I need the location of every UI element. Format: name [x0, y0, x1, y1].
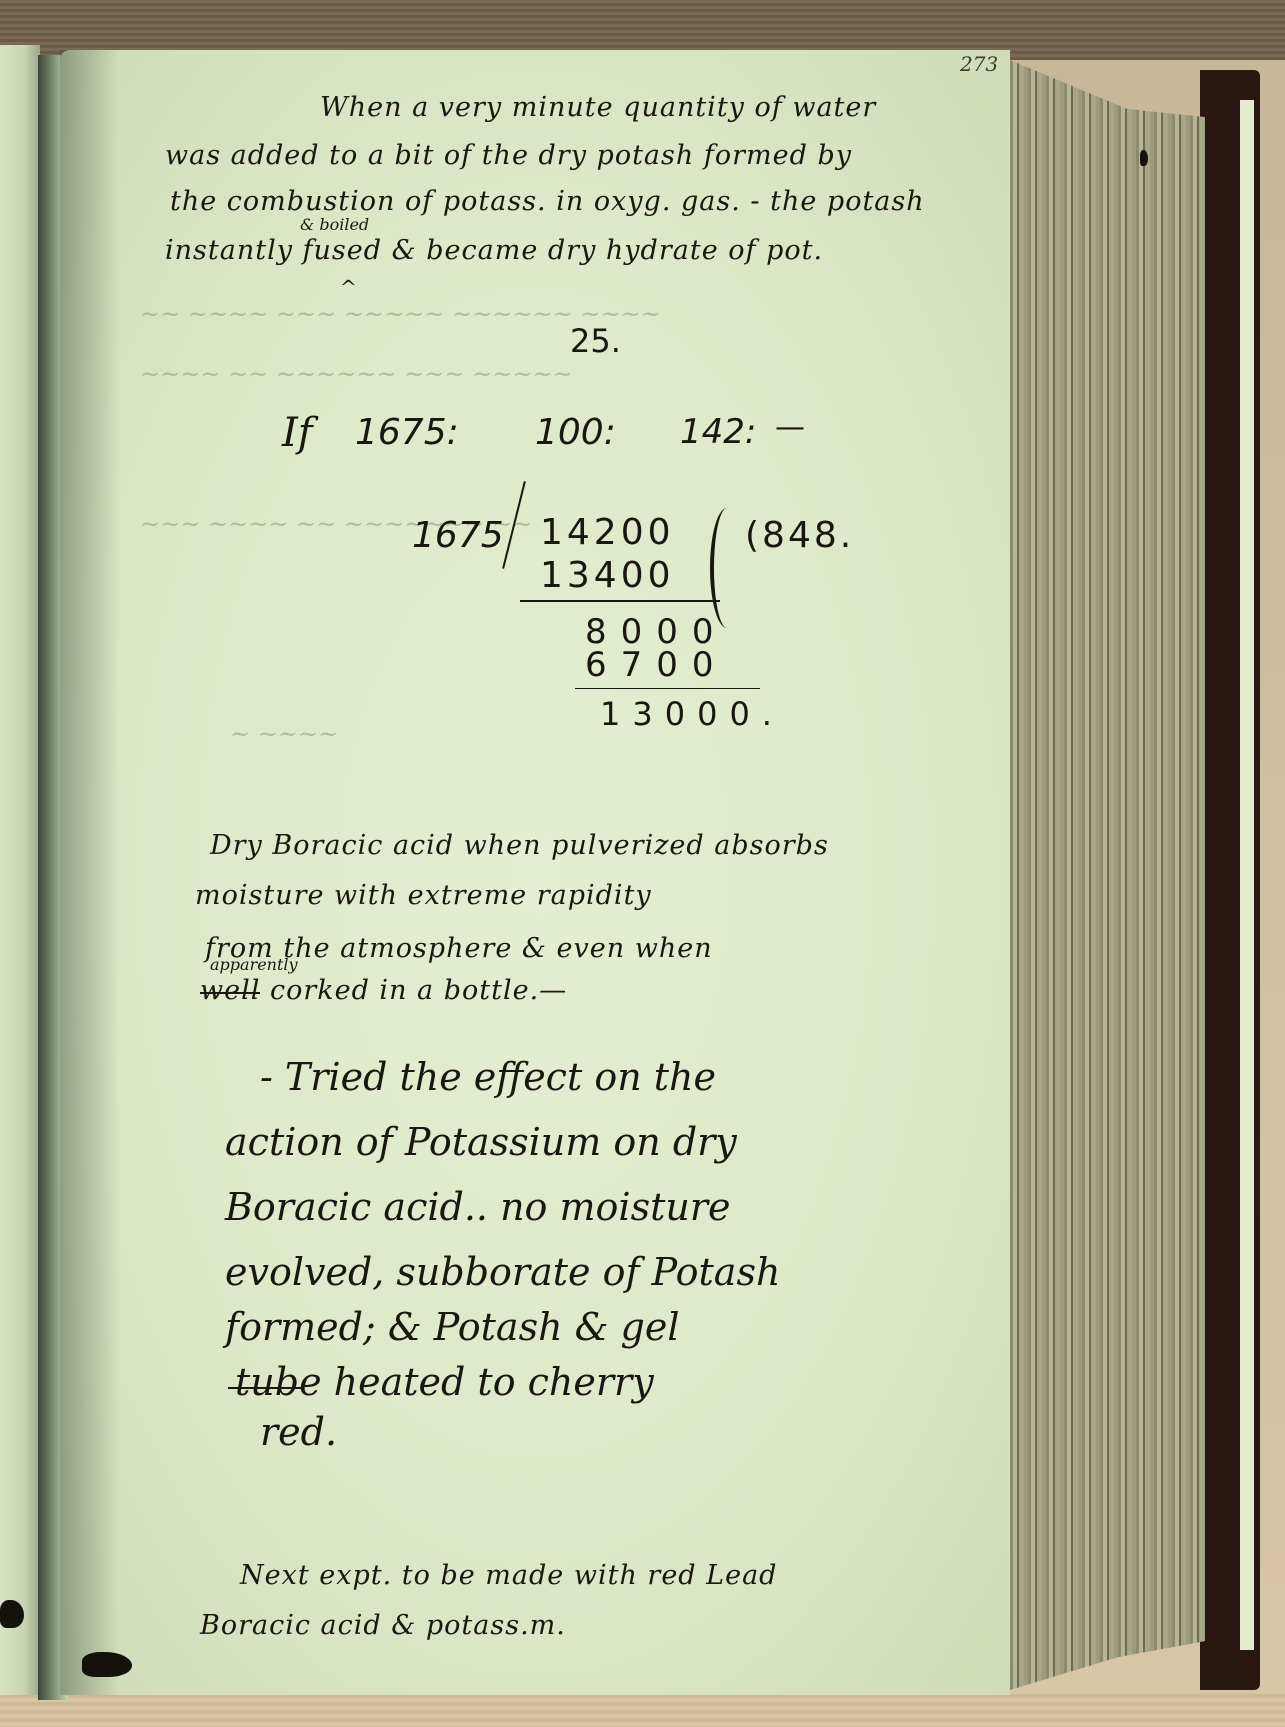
proportion-term: 142: — [680, 412, 756, 452]
proportion-term: 100: — [535, 412, 616, 453]
text-line: Next expt. to be made with red Lead — [240, 1560, 777, 1591]
page-shadow — [60, 50, 120, 1695]
ink-spot — [1140, 150, 1148, 166]
text-line: instantly fused & became dry hydrate of … — [165, 235, 823, 266]
dividend: 14200 — [540, 512, 675, 553]
text-line: Boracic acid.. no moisture — [225, 1185, 730, 1229]
text-line: the combustion of potass. in oxyg. gas. … — [170, 186, 925, 217]
text-line: When a very minute quantity of water — [320, 92, 876, 123]
strike-through — [200, 992, 260, 994]
text-line: - Tried the effect on the — [260, 1055, 716, 1099]
ink-blot — [0, 1600, 24, 1628]
calc-label: 25. — [570, 322, 621, 360]
table-surface-bottom — [0, 1690, 1285, 1727]
quotient: (848. — [745, 515, 854, 556]
divisor: 1675 — [412, 515, 504, 556]
text-line: formed; & Potash & gel — [225, 1305, 680, 1349]
show-through-text: ~ ~~~~ — [230, 720, 338, 748]
page-damage — [82, 1652, 132, 1677]
text-line: moisture with extreme rapidity — [195, 880, 652, 911]
division-step: 6700 — [585, 645, 728, 685]
insertion-text: & boiled — [300, 215, 369, 234]
insertion-text: apparently — [210, 955, 298, 974]
proportion-prefix: If — [282, 410, 313, 456]
text-line: well corked in a bottle.— — [200, 975, 567, 1006]
text-line: Boracic acid & potass.m. — [200, 1610, 566, 1641]
division-result: 13000. — [600, 695, 784, 733]
strike-through — [228, 1387, 303, 1389]
insertion-caret: ^ — [340, 275, 357, 299]
left-page-edge — [0, 45, 40, 1695]
text-line: evolved, subborate of Potash — [225, 1250, 780, 1294]
book-fore-edge — [1010, 60, 1205, 1690]
proportion-dash: — — [775, 410, 805, 445]
text-line: tube heated to cherry — [235, 1360, 654, 1404]
page-number: 273 — [960, 52, 998, 76]
text-line: was added to a bit of the dry potash for… — [165, 140, 852, 171]
text-line: action of Potassium on dry — [225, 1120, 737, 1164]
text-line: Dry Boracic acid when pulverized absorbs — [210, 830, 829, 861]
proportion-term: 1675: — [355, 412, 459, 453]
quotient-bracket — [710, 508, 744, 628]
division-rule — [520, 600, 720, 602]
division-step: 13400 — [540, 555, 675, 596]
show-through-text: ~~~~ ~~ ~~~~~~ ~~~ ~~~~~ — [140, 360, 573, 388]
text-line: red. — [260, 1410, 337, 1454]
fore-edge-last-leaf — [1240, 100, 1254, 1650]
notebook-page — [60, 50, 1010, 1695]
division-rule — [575, 688, 760, 689]
